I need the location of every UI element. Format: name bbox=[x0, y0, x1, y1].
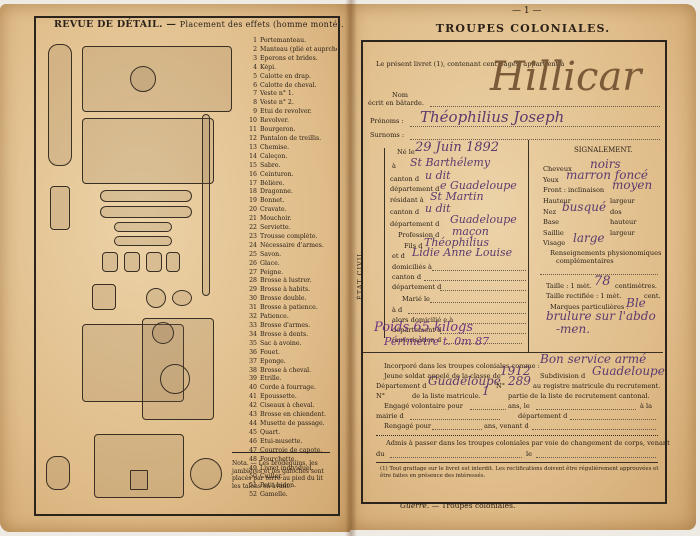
legend-number: 27 bbox=[247, 269, 257, 278]
nom-sub-label: écrit en bâtarde. bbox=[368, 99, 424, 107]
legend-label: Chemise. bbox=[260, 144, 289, 151]
dept3-line bbox=[440, 290, 526, 291]
departement-value: Guadeloupe bbox=[428, 374, 501, 388]
legend-number: 15 bbox=[247, 162, 257, 171]
equipment-illustration bbox=[42, 34, 240, 508]
legend-number: 45 bbox=[247, 429, 257, 438]
prenoms-value: Théophilius Joseph bbox=[420, 108, 564, 126]
rengage-label: Rengagé pour bbox=[384, 422, 431, 430]
legend-number: 16 bbox=[247, 171, 257, 180]
ans-venant-line bbox=[532, 429, 656, 430]
legend-number: 1 bbox=[247, 37, 257, 46]
legend-number: 10 bbox=[247, 117, 257, 126]
nota-divider bbox=[232, 452, 330, 453]
ans-le-label: ans, le bbox=[508, 402, 530, 410]
largeur-label: largeur bbox=[610, 197, 635, 205]
chemise-drawing bbox=[114, 222, 172, 232]
taille-rectifiee-label: Taille rectifiée : 1 mèt. bbox=[546, 292, 621, 300]
cravate-drawing bbox=[124, 252, 140, 272]
legend-label: Ceinturon. bbox=[260, 171, 293, 178]
liste-label: de la liste matricule. bbox=[412, 392, 481, 400]
mairie-departement-label: département d bbox=[518, 412, 567, 420]
page-number: — 1 — bbox=[512, 6, 541, 16]
legend-item: 2Manteau (plié et auprché). bbox=[247, 46, 337, 55]
glace-drawing bbox=[146, 288, 166, 308]
sabre-straps-drawing bbox=[48, 44, 72, 166]
a-la-label: à la bbox=[640, 402, 652, 410]
et-value: Lidie Anne Louise bbox=[412, 246, 512, 259]
legend-item: 20Cravate. bbox=[247, 206, 337, 215]
renseignements-label: Renseignements physionomiques bbox=[550, 249, 661, 257]
a-label: à bbox=[392, 162, 396, 170]
legend-label: Calotte en drap. bbox=[260, 73, 311, 80]
mouchoir-drawing bbox=[146, 252, 162, 272]
legend-item: 43Brosse en chiendent. bbox=[247, 411, 337, 420]
legend-label: Portemanteau. bbox=[260, 37, 306, 44]
le-label: le bbox=[526, 450, 532, 458]
ne-le-label: Né le bbox=[397, 148, 415, 156]
gamelle-drawing bbox=[190, 458, 222, 490]
legend-number: 44 bbox=[247, 420, 257, 429]
legend-item: 27Peigne. bbox=[247, 269, 337, 278]
legend-label: Corde à fourrage. bbox=[260, 384, 316, 391]
perimetre-annotation: Périmètre t. 0m 87 bbox=[384, 335, 489, 348]
legend-number: 29 bbox=[247, 286, 257, 295]
liste-no-label: N° bbox=[376, 392, 385, 400]
legend-label: Caleçon. bbox=[260, 153, 287, 160]
bonnet-drawing bbox=[102, 252, 118, 272]
legend-number: 13 bbox=[247, 144, 257, 153]
legend-number: 26 bbox=[247, 260, 257, 269]
marie-line bbox=[430, 302, 526, 303]
dept3-label: département d bbox=[392, 283, 441, 291]
legend-item: 17Bélière. bbox=[247, 180, 337, 189]
legend-item: 9Étui de revolver. bbox=[247, 108, 337, 117]
ans-le-line bbox=[536, 409, 636, 410]
canton2-value: u dit bbox=[425, 202, 451, 215]
legend-item: 31Brosse à patience. bbox=[247, 304, 337, 313]
legend-item: 16Ceinturon. bbox=[247, 171, 337, 180]
hauteur2-label: hauteur bbox=[610, 218, 636, 226]
legend-item: 7Veste n° 1. bbox=[247, 90, 337, 99]
legend-label: Musette de passage. bbox=[260, 420, 325, 427]
revue-heading-title: REVUE DE DÉTAIL. — bbox=[54, 19, 176, 30]
legend-number: 9 bbox=[247, 108, 257, 117]
yeux-label: Yeux bbox=[543, 176, 559, 184]
prenoms-line bbox=[410, 126, 660, 127]
legend-label: Brosse double. bbox=[260, 295, 306, 302]
sabre-drawing bbox=[202, 114, 210, 296]
registre-no-label: N° bbox=[496, 382, 505, 390]
largeur2-label: largeur bbox=[610, 229, 635, 237]
footer-left: Guerre. bbox=[400, 501, 429, 510]
departement-label: Département d bbox=[376, 382, 426, 390]
legend-number: 5 bbox=[247, 73, 257, 82]
legend-item: 29Brosse à habits. bbox=[247, 286, 337, 295]
legend-item: 28Brosse à lustrer. bbox=[247, 277, 337, 286]
pantalon-drawing bbox=[100, 206, 192, 218]
legend-number: 30 bbox=[247, 295, 257, 304]
legend-item: 8Veste n° 2. bbox=[247, 99, 337, 108]
legend-number: 17 bbox=[247, 180, 257, 189]
legend-number: 4 bbox=[247, 64, 257, 73]
legend-number: 3 bbox=[247, 55, 257, 64]
dos-label: dos bbox=[610, 208, 622, 216]
bourgeron-drawing bbox=[100, 190, 192, 202]
legend-number: 2 bbox=[247, 46, 257, 55]
legend-number: 41 bbox=[247, 393, 257, 402]
legend-item: 15Sabre. bbox=[247, 162, 337, 171]
legend-item: 19Bonnet. bbox=[247, 197, 337, 206]
legend-label: Brosse à habits. bbox=[260, 286, 310, 293]
legend-label: Quart. bbox=[260, 429, 280, 436]
legend-item: 41Époussette. bbox=[247, 393, 337, 402]
canton3-label: canton d bbox=[392, 273, 421, 281]
legend-number: 52 bbox=[247, 491, 257, 500]
complementaires-label: complémentaires bbox=[556, 257, 614, 265]
legend-number: 23 bbox=[247, 233, 257, 242]
legend-item: 26Glace. bbox=[247, 260, 337, 269]
legend-label: Bonnet. bbox=[260, 197, 284, 204]
taille-rectifiee-unit: cent. bbox=[644, 292, 661, 300]
divider-dotted bbox=[376, 435, 658, 436]
legend-item: 6Calotte de cheval. bbox=[247, 82, 337, 91]
legend-item: 34Brosse à dents. bbox=[247, 331, 337, 340]
legend-number: 39 bbox=[247, 375, 257, 384]
liste-value: 1 bbox=[482, 384, 490, 398]
legend-item: 11Bourgeron. bbox=[247, 126, 337, 135]
admis-text: Admis à passer dans les troupes colonial… bbox=[386, 439, 670, 447]
legend-item: 44Musette de passage. bbox=[247, 420, 337, 429]
legend-label: Brosse à dents. bbox=[260, 331, 308, 338]
legend-number: 28 bbox=[247, 277, 257, 286]
legend-item: 33Brosse d'armes. bbox=[247, 322, 337, 331]
peigne-drawing bbox=[172, 290, 192, 306]
legend-number: 14 bbox=[247, 153, 257, 162]
legend-label: Brosse en chiendent. bbox=[260, 411, 326, 418]
divider-note bbox=[376, 462, 658, 463]
legend-label: Serviette. bbox=[260, 224, 291, 231]
legend-label: Gamelle. bbox=[260, 491, 288, 498]
nom-line bbox=[430, 106, 660, 107]
nez-value: busqué bbox=[562, 200, 606, 214]
legend-item: 21Mouchoir. bbox=[247, 215, 337, 224]
legend-item: 38Brosse à cheval. bbox=[247, 367, 337, 376]
subdivision-value: Guadeloupe bbox=[592, 364, 665, 378]
legend-number: 11 bbox=[247, 126, 257, 135]
a-value: St Barthélemy bbox=[410, 156, 490, 169]
a2-line bbox=[408, 313, 526, 314]
legend-number: 46 bbox=[247, 438, 257, 447]
ans-venant-label: ans, venant d bbox=[484, 422, 529, 430]
legend-number: 42 bbox=[247, 402, 257, 411]
ne-le-value: 29 Juin 1892 bbox=[415, 140, 499, 155]
legend-label: Brosse à patience. bbox=[260, 304, 318, 311]
legend-number: 7 bbox=[247, 90, 257, 99]
canton1-label: canton d bbox=[390, 175, 419, 183]
legend-item: 39Étrille. bbox=[247, 375, 337, 384]
a2-label: à d bbox=[392, 306, 402, 314]
legend-label: Fouet. bbox=[260, 349, 280, 356]
legend-label: Dragonne. bbox=[260, 188, 293, 195]
etat-civil-bracket bbox=[384, 148, 385, 338]
legend-number: 22 bbox=[247, 224, 257, 233]
legend-label: Brosse à lustrer. bbox=[260, 277, 311, 284]
saillie-label: Saillie bbox=[543, 229, 564, 237]
equipment-legend: 1Portemanteau.2Manteau (plié et auprché)… bbox=[247, 37, 337, 500]
taille-unit: centimètres. bbox=[615, 282, 657, 290]
legend-item: 12Pantalon de treillis. bbox=[247, 135, 337, 144]
livret-drawing bbox=[130, 470, 148, 490]
registre-no-value: 289 bbox=[508, 374, 531, 388]
legend-item: 5Calotte en drap. bbox=[247, 73, 337, 82]
legend-number: 31 bbox=[247, 304, 257, 313]
legend-number: 37 bbox=[247, 358, 257, 367]
serviette-drawing bbox=[166, 252, 180, 272]
legend-item: 46Étui-musette. bbox=[247, 438, 337, 447]
legend-item: 10Revolver. bbox=[247, 117, 337, 126]
legend-label: Képi. bbox=[260, 64, 276, 71]
legend-label: Trousse complète. bbox=[260, 233, 318, 240]
marques-value-1: Ble bbox=[626, 296, 646, 310]
legend-item: 1Portemanteau. bbox=[247, 37, 337, 46]
legend-item: 23Trousse complète. bbox=[247, 233, 337, 242]
legend-item: 37Éponge. bbox=[247, 358, 337, 367]
legend-number: 12 bbox=[247, 135, 257, 144]
legend-number: 18 bbox=[247, 188, 257, 197]
footer-right: — Troupes coloniales. bbox=[432, 501, 516, 510]
signalement-divider bbox=[528, 140, 529, 352]
legend-number: 19 bbox=[247, 197, 257, 206]
kepi-drawing bbox=[130, 66, 156, 92]
poids-annotation: Poids 65 kilogs bbox=[374, 320, 473, 335]
surnoms-label: Surnoms : bbox=[370, 131, 404, 139]
legend-label: Bourgeron. bbox=[260, 126, 295, 133]
engage-line bbox=[470, 409, 506, 410]
et-label: et d bbox=[392, 252, 405, 260]
legend-item: 45Quart. bbox=[247, 429, 337, 438]
legend-item: 24Nécessaire d'armes. bbox=[247, 242, 337, 251]
legend-number: 33 bbox=[247, 322, 257, 331]
legend-label: Nécessaire d'armes. bbox=[260, 242, 324, 249]
legend-label: Pantalon de treillis. bbox=[260, 135, 321, 142]
revolver-drawing bbox=[50, 186, 70, 230]
etat-civil-label: ÉTAT CIVIL. bbox=[356, 248, 364, 300]
legend-label: Calotte de cheval. bbox=[260, 82, 317, 89]
nom-label: Nom bbox=[392, 91, 408, 99]
eponge-drawing bbox=[152, 322, 174, 344]
legend-number: 8 bbox=[247, 99, 257, 108]
legend-label: Savon. bbox=[260, 251, 281, 258]
nota-text: Nota. — Les brodequins, les jambières et… bbox=[232, 460, 332, 490]
legend-label: Patience. bbox=[260, 313, 289, 320]
legend-label: Veste n° 2. bbox=[260, 99, 294, 106]
legend-label: Étrille. bbox=[260, 375, 282, 382]
legend-number: 40 bbox=[247, 384, 257, 393]
residant-label: résidant à bbox=[390, 196, 424, 204]
du-line bbox=[390, 457, 522, 458]
legend-item: 36Fouet. bbox=[247, 349, 337, 358]
legend-label: Étui de revolver. bbox=[260, 108, 312, 115]
legend-label: Cravate. bbox=[260, 206, 287, 213]
legend-number: 6 bbox=[247, 82, 257, 91]
legend-item: 14Caleçon. bbox=[247, 153, 337, 162]
revue-heading: REVUE DE DÉTAIL. — Placement des effets … bbox=[54, 19, 344, 30]
registre-label: au registre matricule du recrutement. bbox=[533, 382, 660, 390]
domicilies-label: domiciliés à bbox=[392, 263, 432, 271]
legend-item: 4Képi. bbox=[247, 64, 337, 73]
legend-label: Sac à avoine. bbox=[260, 340, 302, 347]
legend-label: Brosse à cheval. bbox=[260, 367, 311, 374]
marie-label: Marié le bbox=[402, 295, 430, 303]
page-title: TROUPES COLONIALES. bbox=[350, 22, 696, 35]
legend-number: 21 bbox=[247, 215, 257, 224]
page-footer: Guerre. — Troupes coloniales. bbox=[400, 501, 515, 510]
rengage-line bbox=[432, 429, 482, 430]
legend-label: Éperons et brides. bbox=[260, 55, 318, 62]
trousse-drawing bbox=[92, 284, 116, 310]
legend-label: Époussette. bbox=[260, 393, 297, 400]
legend-number: 36 bbox=[247, 349, 257, 358]
front-label: Front : inclinaison bbox=[543, 186, 604, 194]
visage-label: Visage bbox=[543, 239, 565, 247]
legend-number: 43 bbox=[247, 411, 257, 420]
taille-value: 78 bbox=[594, 274, 611, 289]
calecon-drawing bbox=[114, 236, 172, 246]
legend-item: 18Dragonne. bbox=[247, 188, 337, 197]
revue-heading-sub: Placement des effets (homme monté). bbox=[180, 20, 344, 29]
legend-item: 42Ciseaux à cheval. bbox=[247, 402, 337, 411]
canton2-label: canton d bbox=[390, 208, 419, 216]
legend-item: 3Éperons et brides. bbox=[247, 55, 337, 64]
legend-label: Veste n° 1. bbox=[260, 90, 294, 97]
footnote: (1) Tout grattage sur le livret est inte… bbox=[380, 466, 660, 480]
legend-item: 52Gamelle. bbox=[247, 491, 337, 500]
legend-item: 25Savon. bbox=[247, 251, 337, 260]
legend-number: 34 bbox=[247, 331, 257, 340]
le-line bbox=[536, 457, 656, 458]
legend-item: 13Chemise. bbox=[247, 144, 337, 153]
subdivision-label: Subdivision d bbox=[540, 372, 585, 380]
marques-value-3: -men. bbox=[556, 322, 590, 336]
legend-item: 22Serviette. bbox=[247, 224, 337, 233]
canton3-line bbox=[424, 280, 526, 281]
legend-label: Brosse d'armes. bbox=[260, 322, 310, 329]
partie-label: partie de la liste de recrutement canton… bbox=[508, 392, 650, 400]
marques-value-2: brulure sur l'abdo bbox=[546, 309, 656, 323]
legend-label: Manteau (plié et auprché). bbox=[260, 46, 337, 53]
legend-number: 25 bbox=[247, 251, 257, 260]
legend-number: 32 bbox=[247, 313, 257, 322]
mairie-departement-line bbox=[570, 419, 656, 420]
visage-value: large bbox=[573, 231, 605, 245]
legend-item: 35Sac à avoine. bbox=[247, 340, 337, 349]
dept2-label: département d bbox=[390, 220, 439, 228]
legend-label: Éponge. bbox=[260, 358, 286, 365]
legend-label: Étui-musette. bbox=[260, 438, 302, 445]
legend-item: 30Brosse double. bbox=[247, 295, 337, 304]
legend-label: Ciseaux à cheval. bbox=[260, 402, 315, 409]
portemanteau-drawing bbox=[82, 46, 232, 112]
legend-label: Peigne. bbox=[260, 269, 283, 276]
bidon-drawing bbox=[46, 456, 70, 490]
legend-number: 35 bbox=[247, 340, 257, 349]
corde-drawing bbox=[160, 364, 190, 394]
legend-label: Sabre. bbox=[260, 162, 280, 169]
legend-label: Mouchoir. bbox=[260, 215, 291, 222]
vestes-drawing bbox=[82, 118, 214, 184]
mairie-label: mairie d bbox=[376, 412, 404, 420]
legend-item: 32Patience. bbox=[247, 313, 337, 322]
front-value: moyen bbox=[612, 178, 652, 192]
nom-value: Hillicar bbox=[490, 54, 641, 100]
nez-label: Nez bbox=[543, 208, 556, 216]
legend-label: Glace. bbox=[260, 260, 280, 267]
domicilies-line bbox=[432, 270, 526, 271]
base-label: Base bbox=[543, 218, 559, 226]
prenoms-label: Prénoms : bbox=[370, 117, 404, 125]
legend-item: 40Corde à fourrage. bbox=[247, 384, 337, 393]
taille-label: Taille : 1 mèt. bbox=[546, 282, 592, 290]
legend-number: 38 bbox=[247, 367, 257, 376]
legend-number: 24 bbox=[247, 242, 257, 251]
legend-label: Revolver. bbox=[260, 117, 289, 124]
du-label: du bbox=[376, 450, 384, 458]
legend-number: 20 bbox=[247, 206, 257, 215]
engage-label: Engagé volontaire pour bbox=[384, 402, 463, 410]
signalement-title: SIGNALEMENT. bbox=[574, 146, 632, 154]
legend-label: Bélière. bbox=[260, 180, 284, 187]
mairie-line bbox=[410, 419, 500, 420]
